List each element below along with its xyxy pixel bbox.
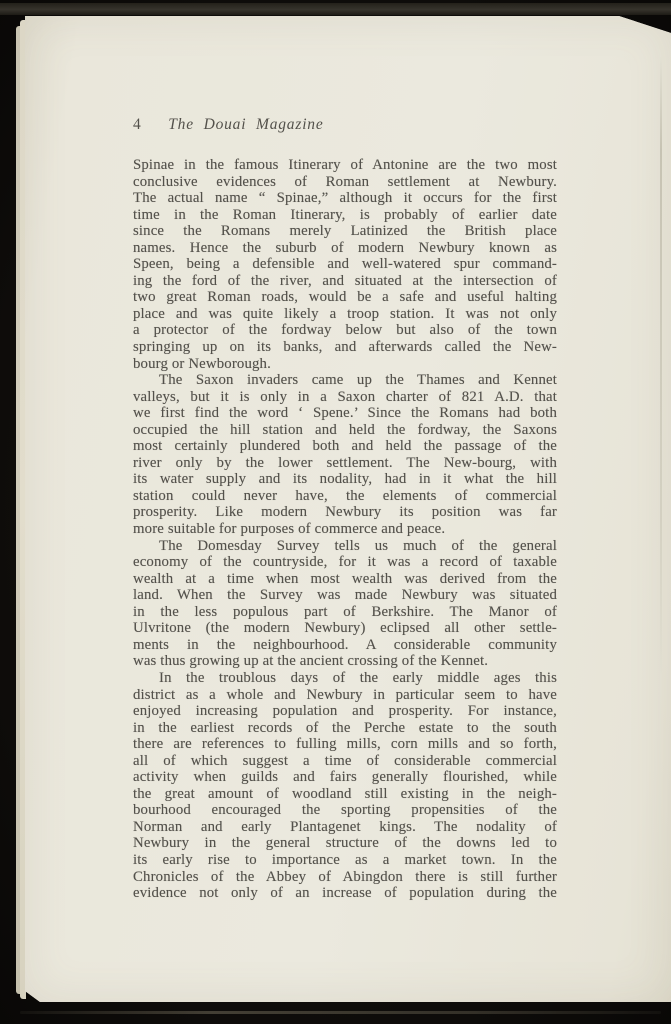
magazine-title: The Douai Magazine [168,116,323,133]
text-line: bourg or Newborough. [133,356,557,373]
text-line: station could never have, the elements o… [133,488,557,505]
text-line: evidence not only of an increase of popu… [133,885,557,902]
text-line: springing up on its banks, and afterward… [133,339,557,356]
text-line: Chronicles of the Abbey of Abingdon ther… [133,869,557,886]
text-line: since the Romans merely Latinized the Br… [133,223,557,240]
cover-highlight-line [20,1011,661,1014]
text-line: Speen, being a defensible and well-water… [133,256,557,273]
text-line: The Saxon invaders came up the Thames an… [133,372,557,389]
text-line: In the troublous days of the early middl… [133,670,557,687]
text-line: land. When the Survey was made Newbury w… [133,587,557,604]
text-line: names. Hence the suburb of modern Newbur… [133,240,557,257]
text-line: a protector of the fordway below but als… [133,322,557,339]
text-line: the great amount of woodland still exist… [133,786,557,803]
text-line: its early rise to importance as a market… [133,852,557,869]
text-line: its water supply and its nodality, had i… [133,471,557,488]
text-line: we first find the word ‘ Spene.’ Since t… [133,405,557,422]
text-line: place and was quite likely a troop stati… [133,306,557,323]
paragraph: The Domesday Survey tells us much of the… [133,538,557,670]
text-line: occupied the hill station and held the f… [133,422,557,439]
text-line: in the less populous part of Berkshire. … [133,604,557,621]
text-line: ments in the neighbourhood. A considerab… [133,637,557,654]
text-line: Newbury in the general structure of the … [133,835,557,852]
text-line: The Domesday Survey tells us much of the… [133,538,557,555]
text-line: bourhood encouraged the sporting propens… [133,802,557,819]
text-line: district as a whole and Newbury in parti… [133,687,557,704]
running-header: 4The Douai Magazine [133,115,557,135]
text-line: economy of the countryside, for it was a… [133,554,557,571]
page-number: 4 [133,115,141,135]
text-line: was thus growing up at the ancient cross… [133,653,557,670]
book-page: 4The Douai Magazine Spinae in the famous… [25,16,671,1002]
book-photo: 4The Douai Magazine Spinae in the famous… [0,0,671,1024]
text-line: The actual name “ Spinae,” although it o… [133,190,557,207]
text-line: Ulvritone (the modern Newbury) eclipsed … [133,620,557,637]
text-line: activity when guilds and fairs generally… [133,769,557,786]
text-line: river only by the lower settlement. The … [133,455,557,472]
text-line: more suitable for purposes of commerce a… [133,521,557,538]
text-line: all of which suggest a time of considera… [133,753,557,770]
text-line: there are references to fulling mills, c… [133,736,557,753]
text-line: Spinae in the famous Itinerary of Antoni… [133,157,557,174]
text-line: Norman and early Plantagenet kings. The … [133,819,557,836]
page-body-text: Spinae in the famous Itinerary of Antoni… [133,157,557,902]
text-line: ing the ford of the river, and situated … [133,273,557,290]
text-line: two great Roman roads, would be a safe a… [133,289,557,306]
text-line: time in the Roman Itinerary, is probably… [133,207,557,224]
text-line: in the earliest records of the Perche es… [133,720,557,737]
text-line: most certainly plundered both and held t… [133,438,557,455]
text-line: prosperity. Like modern Newbury its posi… [133,504,557,521]
paragraph: Spinae in the famous Itinerary of Antoni… [133,157,557,372]
book-cover-edge [0,3,671,15]
text-line: conclusive evidences of Roman settlement… [133,174,557,191]
text-line: valleys, but it is only in a Saxon chart… [133,389,557,406]
paragraph: The Saxon invaders came up the Thames an… [133,372,557,537]
paragraph: In the troublous days of the early middl… [133,670,557,902]
text-line: wealth at a time when most wealth was de… [133,571,557,588]
text-line: enjoyed increasing population and prospe… [133,703,557,720]
